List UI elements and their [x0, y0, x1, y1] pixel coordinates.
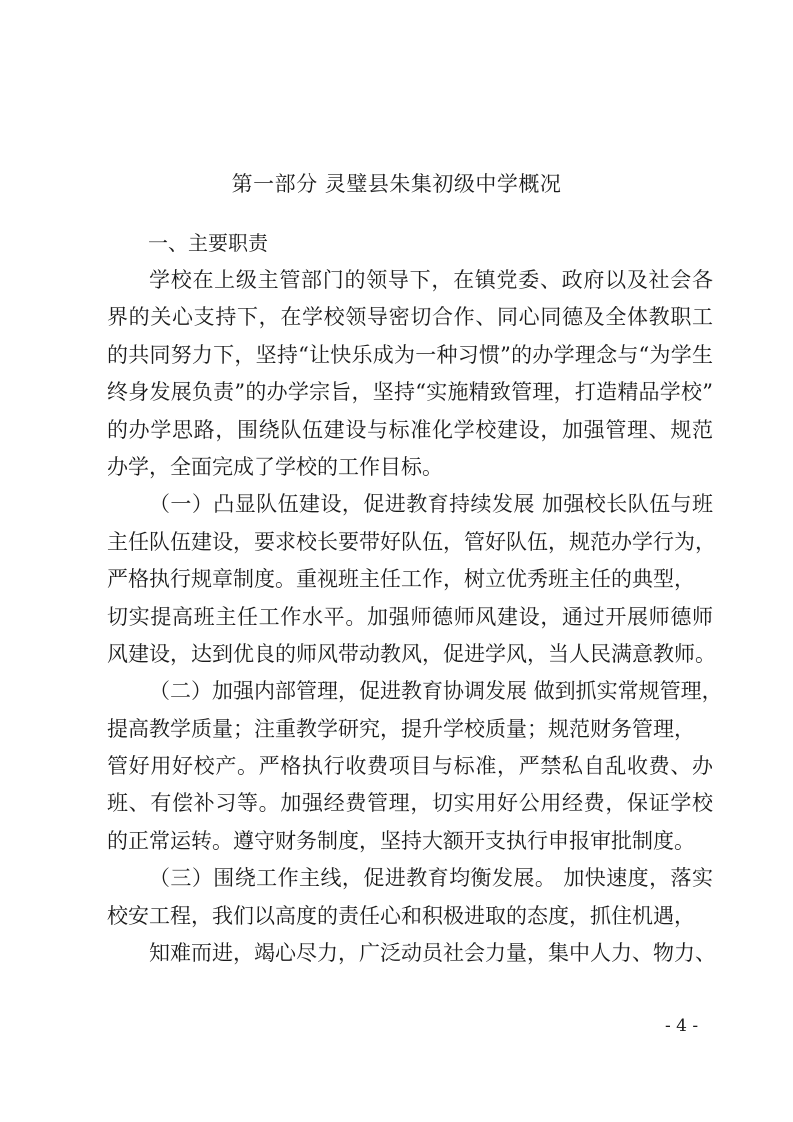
body-text: 学校在上级主管部门的领导下，在镇党委、政府以及社会各界的关心支持下，在学校领导密…	[107, 262, 713, 972]
page-number: - 4 -	[665, 1016, 698, 1036]
text-line: 班、有偿补习等。加强经费管理，切实用好公用经费，保证学校	[107, 785, 713, 822]
text-line: 提高教学质量；注重教学研究，提升学校质量；规范财务管理，	[107, 711, 713, 748]
text-line: 办学，全面完成了学校的工作目标。	[107, 449, 713, 486]
text-line: 主任队伍建设，要求校长要带好队伍，管好队伍，规范办学行为，	[107, 524, 713, 561]
document-title: 第一部分 灵璧县朱集初级中学概况	[0, 168, 793, 198]
text-line: 知难而进，竭心尽力，广泛动员社会力量，集中人力、物力、	[107, 935, 713, 972]
text-line: 界的关心支持下，在学校领导密切合作、同心同德及全体教职工	[107, 299, 713, 336]
text-line: 严格执行规章制度。重视班主任工作，树立优秀班主任的典型，	[107, 561, 713, 598]
text-line: 校安工程，我们以高度的责任心和积极进取的态度，抓住机遇，	[107, 898, 713, 935]
text-line: （二）加强内部管理，促进教育协调发展 做到抓实常规管理，	[107, 673, 713, 710]
text-line: 的共同努力下，坚持“让快乐成为一种习惯”的办学理念与“为学生	[107, 337, 713, 374]
text-line: 终身发展负责”的办学宗旨，坚持“实施精致管理，打造精品学校”	[107, 374, 713, 411]
text-line: 风建设，达到优良的师风带动教风，促进学风，当人民满意教师。	[107, 636, 713, 673]
document-page: 第一部分 灵璧县朱集初级中学概况 一、主要职责 学校在上级主管部门的领导下，在镇…	[0, 0, 793, 1122]
text-line: 切实提高班主任工作水平。加强师德师风建设，通过开展师德师	[107, 599, 713, 636]
text-line: 管好用好校产。严格执行收费项目与标准，严禁私自乱收费、办	[107, 748, 713, 785]
text-line: 的办学思路，围绕队伍建设与标准化学校建设，加强管理、规范	[107, 412, 713, 449]
text-line: 的正常运转。遵守财务制度，坚持大额开支执行申报审批制度。	[107, 823, 713, 860]
text-line: （三）围绕工作主线，促进教育均衡发展。 加快速度，落实	[107, 860, 713, 897]
section-heading: 一、主要职责	[148, 227, 268, 256]
text-line: 学校在上级主管部门的领导下，在镇党委、政府以及社会各	[107, 262, 713, 299]
text-line: （一）凸显队伍建设，促进教育持续发展 加强校长队伍与班	[107, 486, 713, 523]
